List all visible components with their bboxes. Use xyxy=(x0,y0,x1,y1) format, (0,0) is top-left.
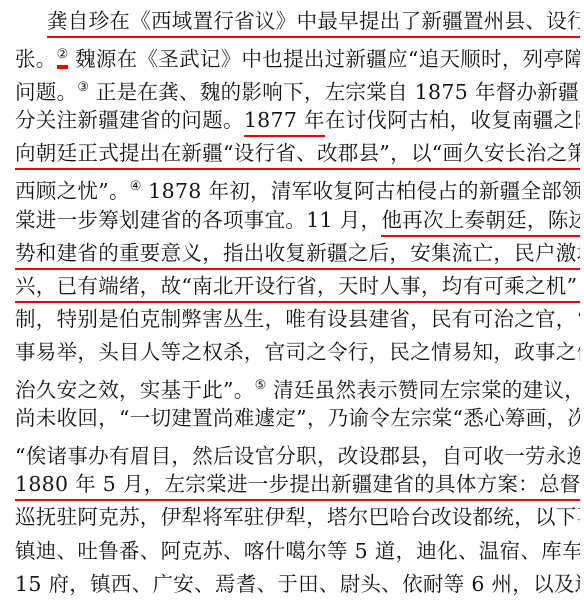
underlined-text: 龚自珍在《西域置行省议》中最早提出了新疆置州县、设行省的主 xyxy=(47,9,580,38)
underlined-text: 魏源在《圣武记》中也提出过新疆应“追天顺时，列亭障，置郡县”的 xyxy=(68,47,580,71)
underlined-text: 左宗棠自 1875 年督办新疆军务后，即十 xyxy=(325,80,580,104)
text-line: 1880 年 5 月，左宗棠进一步提出新疆建省的具体方案：总督驻乌鲁木齐， xyxy=(15,468,580,501)
text-line: 巡抚驻阿克苏，伊犁将军驻伊犁，塔尔巴哈台改设都统，以下再设伊犁、 xyxy=(15,501,580,534)
underlined-text: 西顾之忧”。 xyxy=(15,179,130,203)
underlined-text: 他再次上奏朝廷，陈述新疆的形 xyxy=(381,208,580,237)
text-line: 龚自珍在《西域置行省议》中最早提出了新疆置州县、设行省的主 xyxy=(15,5,580,38)
text-run: 巡抚驻阿克苏，伊犁将军驻伊犁，塔尔巴哈台改设都统，以下再设伊犁、 xyxy=(15,505,580,529)
text-line: 兴，已有端绪，故“南北开设行省，天时人事，均有可乘之机”；原有的军府 xyxy=(15,270,580,303)
text-line: 尚未收回，“一切建置尚难遽定”，乃谕令左宗棠“悉心筹画，次第兴办”， xyxy=(15,402,580,435)
text-run: 分关注新疆建省的问题。 xyxy=(15,108,244,132)
underlined-text: 兴，已有端绪，故“南北开设行省，天时人事，均有可乘之机”； xyxy=(15,274,580,303)
underlined-text: 1877 年 xyxy=(244,108,325,137)
text-run: 治久安之效，实基于此”。 xyxy=(15,378,255,402)
text-run: 事易举，头目人等之权杀，官司之令行，民之情易知，政事之修废易见，长 xyxy=(15,340,580,364)
text-run: 尚未收回，“一切建置尚难遽定”，乃谕令左宗棠“悉心筹画，次第兴办”， xyxy=(15,406,580,430)
text-line: 向朝廷正式提出在新疆“设行省、改郡县”，以“画久安长治之策，纾朝廷 xyxy=(15,137,580,170)
text-run: 1878 年初，清军收复阿古柏侵占的新疆全部领土后，左宗 xyxy=(141,179,580,203)
text-line: 问题。③ 正是在龚、魏的影响下，左宗棠自 1875 年督办新疆军务后，即十 xyxy=(15,71,580,104)
text-run: 棠进一步筹划建省的各项事宜。11 月， xyxy=(15,208,381,232)
text-line: 镇迪、吐鲁番、阿克苏、喀什噶尔等 5 道，迪化、温宿、库车、疏勒、莎车等 xyxy=(15,535,580,568)
text-run: 清廷虽然表示赞同左宗棠的建议，但以伊犁 xyxy=(266,378,580,402)
footnote-marker: ③ xyxy=(77,80,89,95)
text-line: 制，特别是伯克制弊害丛生，唯有设县建省，民有可治之官，“则纲目具而 xyxy=(15,303,580,336)
footnote-marker: ④ xyxy=(130,179,142,194)
underlined-text: 向朝廷正式提出在新疆“设行省、改郡县”，以“画久安长治之策，纾朝廷 xyxy=(15,141,580,170)
text-run: “俟诸事办有眉目，然后设官分职，改设郡县，自可收一劳永逸之效”。 xyxy=(15,444,580,468)
footnote-marker: ⑤ xyxy=(255,378,267,393)
text-run: 在讨伐阿古柏，收复南疆之际，他 xyxy=(325,108,580,132)
underlined-text: 张。 xyxy=(15,47,57,71)
text-line: “俟诸事办有眉目，然后设官分职，改设郡县，自可收一劳永逸之效”。⑥ xyxy=(15,435,580,468)
underlined-text: 势和建省的重要意义，指出收复新疆之后，安集流亡，民户激增，百废肇 xyxy=(15,241,580,270)
text-run: 正是在龚、魏的影响下， xyxy=(89,80,325,104)
text-run: 15 府，镇西、广安、焉耆、于田、尉头、依耐等 6 州，以及迪化等 21 县。全 xyxy=(15,572,580,596)
text-line: 棠进一步筹划建省的各项事宜。11 月，他再次上奏朝廷，陈述新疆的形 xyxy=(15,204,580,237)
text-line: 事易举，头目人等之权杀，官司之令行，民之情易知，政事之修废易见，长 xyxy=(15,336,580,369)
text-line: 西顾之忧”。④ 1878 年初，清军收复阿古柏侵占的新疆全部领土后，左宗 xyxy=(15,170,580,203)
paragraph: 龚自珍在《西域置行省议》中最早提出了新疆置州县、设行省的主张。② 魏源在《圣武记… xyxy=(15,5,580,601)
text-line: 治久安之效，实基于此”。⑤ 清廷虽然表示赞同左宗棠的建议，但以伊犁 xyxy=(15,369,580,402)
text-run: 制，特别是伯克制弊害丛生，唯有设县建省，民有可治之官，“则纲目具而 xyxy=(15,307,580,331)
document-page: 龚自珍在《西域置行省议》中最早提出了新疆置州县、设行省的主张。② 魏源在《圣武记… xyxy=(0,0,584,601)
text-line: 张。② 魏源在《圣武记》中也提出过新疆应“追天顺时，列亭障，置郡县”的 xyxy=(15,38,580,71)
underlined-text: 问题。 xyxy=(15,80,77,104)
text-line: 15 府，镇西、广安、焉耆、于田、尉头、依耐等 6 州，以及迪化等 21 县。全 xyxy=(15,568,580,601)
text-line: 分关注新疆建省的问题。1877 年在讨伐阿古柏，收复南疆之际，他首次 xyxy=(15,104,580,137)
text-run: 镇迪、吐鲁番、阿克苏、喀什噶尔等 5 道，迪化、温宿、库车、疏勒、莎车等 xyxy=(15,539,580,563)
footnote-marker: ② xyxy=(57,47,69,69)
text-line: 势和建省的重要意义，指出收复新疆之后，安集流亡，民户激增，百废肇 xyxy=(15,237,580,270)
underlined-text: 1880 年 5 月，左宗棠进一步提出新疆建省的具体方案：总督 xyxy=(15,472,580,501)
